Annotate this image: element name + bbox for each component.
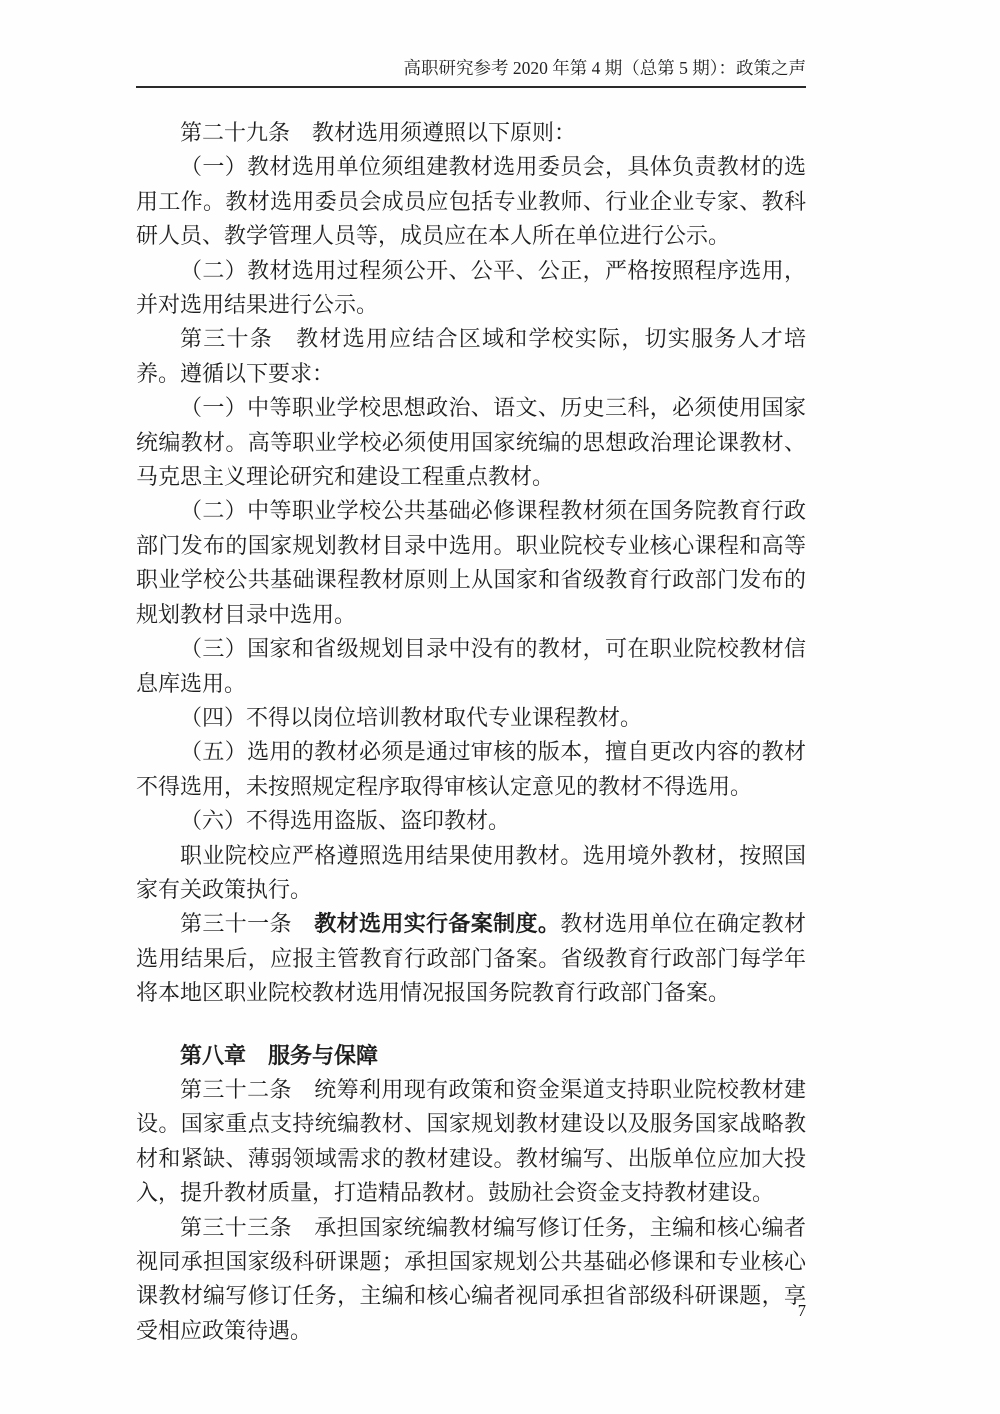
article-31-number: 第三十一条: [180, 911, 314, 936]
page-footer: 7: [136, 1301, 810, 1321]
journal-issue-title: 高职研究参考 2020 年第 4 期（总第 5 期）：政策之声: [404, 58, 807, 78]
page-number: 7: [798, 1301, 806, 1320]
running-header: 高职研究参考 2020 年第 4 期（总第 5 期）：政策之声: [136, 56, 806, 88]
article-29-title: 第二十九条 教材选用须遵照以下原则：: [136, 116, 806, 150]
article-31-term: 教材选用实行备案制度。: [314, 911, 560, 936]
article-30-title: 第三十条 教材选用应结合区域和学校实际，切实服务人才培养。遵循以下要求：: [136, 322, 806, 391]
article-31-paragraph: 第三十一条 教材选用实行备案制度。教材选用单位在确定教材选用结果后，应报主管教育…: [136, 907, 806, 1010]
article-30-item-4: （四）不得以岗位培训教材取代专业课程教材。: [136, 701, 806, 735]
article-30-item-1: （一）中等职业学校思想政治、语文、历史三科，必须使用国家统编教材。高等职业学校必…: [136, 391, 806, 494]
article-29-item-2: （二）教材选用过程须公开、公平、公正，严格按照程序选用，并对选用结果进行公示。: [136, 254, 806, 323]
article-32-paragraph: 第三十二条 统筹利用现有政策和资金渠道支持职业院校教材建设。国家重点支持统编教材…: [136, 1073, 806, 1211]
article-30-item-5: （五）选用的教材必须是通过审核的版本，擅自更改内容的教材不得选用，未按照规定程序…: [136, 735, 806, 804]
chapter-8-heading: 第八章 服务与保障: [136, 1039, 806, 1073]
document-page: 高职研究参考 2020 年第 4 期（总第 5 期）：政策之声 第二十九条 教材…: [0, 0, 1000, 1414]
article-30-item-2: （二）中等职业学校公共基础必修课程教材须在国务院教育行政部门发布的国家规划教材目…: [136, 494, 806, 632]
article-30-item-3: （三）国家和省级规划目录中没有的教材，可在职业院校教材信息库选用。: [136, 632, 806, 701]
article-30-item-6: （六）不得选用盗版、盗印教材。: [136, 804, 806, 838]
document-body: 第二十九条 教材选用须遵照以下原则： （一）教材选用单位须组建教材选用委员会，具…: [136, 116, 806, 1348]
article-29-item-1: （一）教材选用单位须组建教材选用委员会，具体负责教材的选用工作。教材选用委员会成…: [136, 150, 806, 253]
article-30-closing: 职业院校应严格遵照选用结果使用教材。选用境外教材，按照国家有关政策执行。: [136, 839, 806, 908]
article-33-paragraph: 第三十三条 承担国家统编教材编写修订任务，主编和核心编者视同承担国家级科研课题；…: [136, 1211, 806, 1349]
